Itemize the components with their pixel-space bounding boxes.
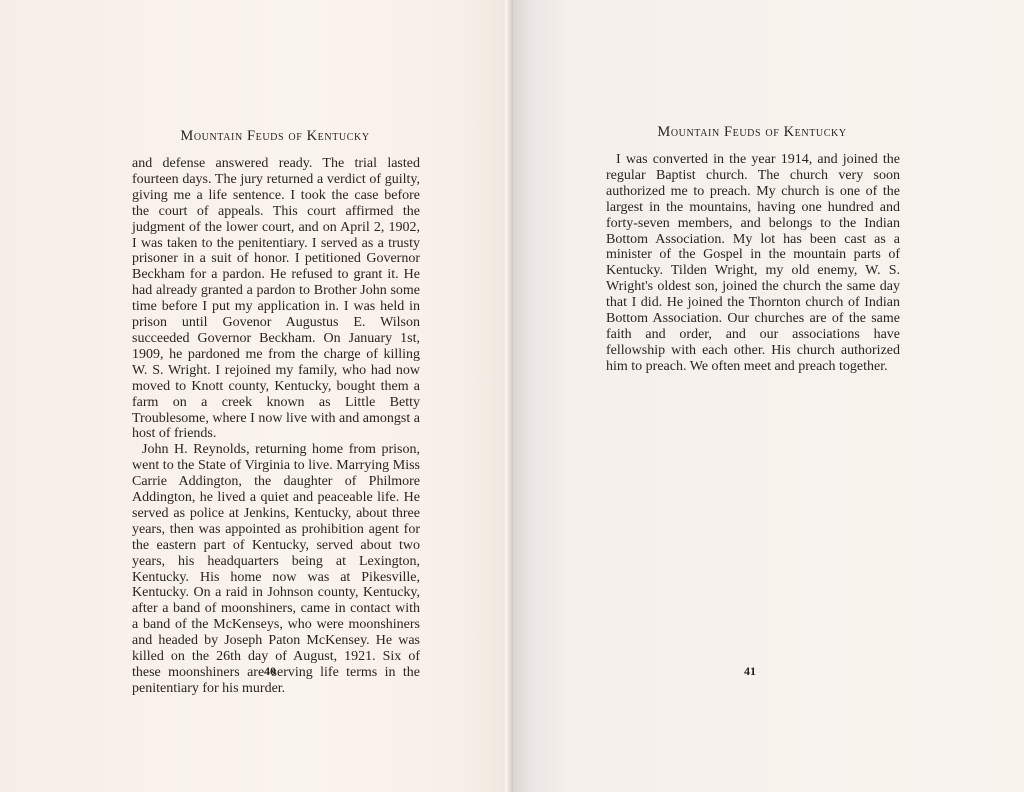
page-number-right: 41 bbox=[744, 664, 756, 679]
running-header-text: Mountain Feuds of Kentucky bbox=[180, 128, 369, 144]
page-number-left: 40 bbox=[264, 664, 276, 679]
paragraph: John H. Reynolds, returning home from pr… bbox=[132, 442, 420, 697]
right-page bbox=[510, 0, 1024, 792]
left-page-body: and defense answered ready. The trial la… bbox=[132, 156, 420, 697]
running-header-left: Mountain Feuds of Kentucky bbox=[134, 128, 416, 145]
paragraph: and defense answered ready. The trial la… bbox=[132, 156, 420, 442]
running-header-right: Mountain Feuds of Kentucky bbox=[606, 124, 898, 141]
left-page: Mountain Feuds of Kentucky and defense a… bbox=[0, 0, 510, 792]
book-gutter bbox=[505, 0, 513, 792]
right-page-body: I was converted in the year 1914, and jo… bbox=[606, 152, 900, 375]
paragraph: I was converted in the year 1914, and jo… bbox=[606, 152, 900, 375]
running-header-text: Mountain Feuds of Kentucky bbox=[657, 124, 846, 140]
